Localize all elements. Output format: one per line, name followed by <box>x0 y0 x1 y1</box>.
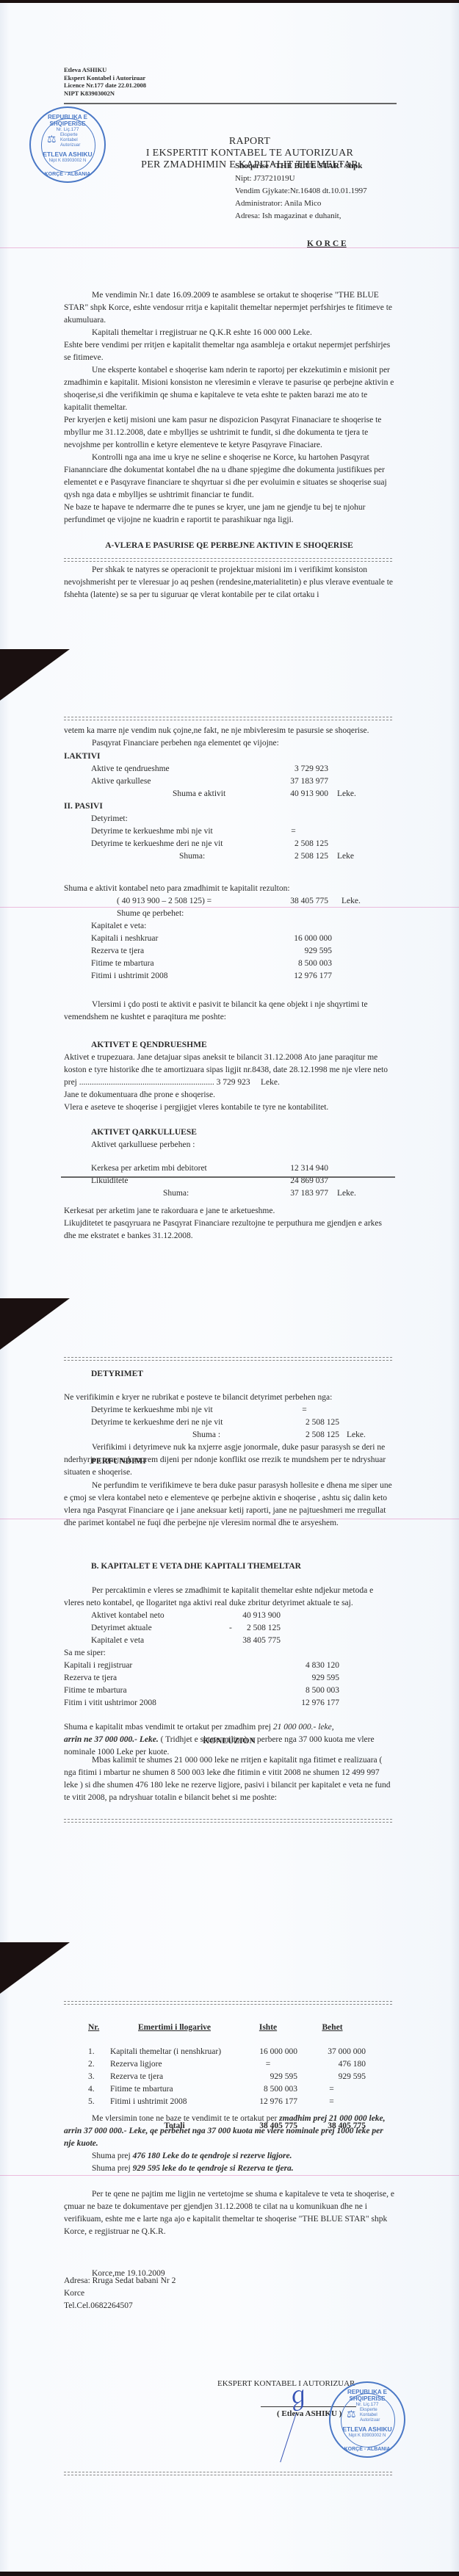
pasivi-total: Shuma: 2 508 125 Leke <box>64 850 394 863</box>
page-top-rule <box>64 2001 392 2005</box>
scales-icon: ⚖ <box>47 133 57 145</box>
konluzion-heading: KONLUZION <box>64 1735 394 1748</box>
aktivi-row: Aktive qarkullese 37 183 977 <box>64 775 394 788</box>
liability-row: Detyrime te kerkueshme deri ne nje vit 2… <box>64 1417 394 1429</box>
company-admin: Administrator: Anila Mico <box>235 198 411 210</box>
table-row: 1.Kapitali themeltar (i nenshkruar)16 00… <box>88 2046 367 2058</box>
page-break-rule <box>64 558 392 562</box>
capital-row: Fitime te mbartura 8 500 003 <box>64 1685 394 1697</box>
table-row: 5.Fitimi i ushtrimit 200812 976 177= <box>88 2096 367 2108</box>
page-bottom-rule <box>64 1819 392 1823</box>
page-2: vetem ka marre nje vendim nuk çojne,ne f… <box>0 649 459 1298</box>
equity-row: Rezerva te tjera 929 595 <box>64 945 394 958</box>
scales-icon: ⚖ <box>347 2408 356 2420</box>
equity-row: Fitimi i ushtrimit 2008 12 976 177 <box>64 970 394 983</box>
company-court: Vendim Gjykate:Nr.16408 dt.10.01.1997 <box>235 185 411 198</box>
table-row: 2.Rezerva ligjore=476 180 <box>88 2058 367 2071</box>
capital-row: Fitim i vitit ushtrimor 2008 12 976 177 <box>64 1697 394 1710</box>
conclusion-heading: PERFUNDIMI <box>64 1455 394 1468</box>
author-header: Etleva ASHIKU Ekspert Kontabel i Autoriz… <box>64 66 394 97</box>
official-stamp: REPUBLIKA E SHQIPERISE Nr. Liç.177 ⚖ Eks… <box>329 2381 405 2458</box>
page-1: Etleva ASHIKU Ekspert Kontabel i Autoriz… <box>0 0 459 649</box>
scan-edge <box>0 0 459 3</box>
author-contact: Adresa: Rruga Sedat babani Nr 2 Korce Te… <box>64 2275 394 2312</box>
page-3: DETYRIMET Ne verifikimin e kryer ne rubr… <box>0 1298 459 1942</box>
section-a-heading: A-VLERA E PASURISE QE PERBEJNE AKTIVIN E… <box>64 540 394 552</box>
net-assets: Shuma e aktivit kontabel neto para zmadh… <box>64 883 394 983</box>
aktivi-heading: I.AKTIVI <box>64 750 394 763</box>
page2-body: vetem ka marre nje vendim nuk çojne,ne f… <box>64 725 394 750</box>
page-4: Nr. Emertimi i llogarive Ishte Behet 1.K… <box>0 1942 459 2576</box>
net-value-row: Detyrimet aktuale - 2 508 125 <box>64 1622 394 1635</box>
author-nipt: NIPT K83903002N <box>64 90 394 98</box>
current-asset-row: Kerkesa per arketim mbi debitoret 12 314… <box>64 1162 394 1175</box>
pasivi-heading: II. PASIVI <box>64 800 394 813</box>
assessment-text: Vlersimi i çdo posti te aktivit e pasivi… <box>64 999 394 1024</box>
signature-stroke <box>280 2413 297 2463</box>
company-address: Adresa: Ish magazinat e duhanit, <box>235 210 411 222</box>
header-rule <box>64 103 397 104</box>
section-b: B. KAPITALET E VETA DHE KAPITALI THEMELT… <box>64 1560 394 1759</box>
fixed-assets-heading: AKTIVET E QENDRUESHME <box>64 1039 394 1052</box>
capital-row: Kapitali i regjistruar 4 830 120 <box>64 1660 394 1672</box>
page1-body: Me vendimin Nr.1 date 16.09.2009 te asam… <box>64 289 394 601</box>
author-licence: Licence Nr.177 date 22.01.2008 <box>64 82 394 90</box>
capital-row: Rezerva te tjera 929 595 <box>64 1672 394 1685</box>
official-stamp: REPUBLIKA E SHQIPERISE Nr. Liç.177 ⚖ Eks… <box>29 106 106 183</box>
company-nipt: Nipt: J73721019U <box>235 173 411 185</box>
page-fold <box>0 1942 70 1994</box>
liability-row: Detyrime te kerkueshme mbi nje vit = <box>64 1404 394 1417</box>
current-asset-total: Shuma: 37 183 977 Leke. <box>64 1187 394 1200</box>
current-assets-section: AKTIVET QARKULLUESE Aktivet qarkulluese … <box>64 1126 394 1242</box>
balance-sheet: I.AKTIVI Aktive te qendrueshme 3 729 923… <box>64 750 394 897</box>
equity-row: Fitime te mbartura 8 500 003 <box>64 958 394 970</box>
page-fold <box>0 649 70 701</box>
net-value-row: Aktivet kontabel neto 40 913 900 <box>64 1610 394 1622</box>
company-name: Shoqerise "THE BLUE STAR" shpk <box>235 160 411 173</box>
author-role: Ekspert Kontabel i Autorizuar <box>64 74 394 82</box>
aktivi-total: Shuma e aktivit 40 913 900 Leke. <box>64 788 394 800</box>
liabilities-heading: DETYRIMET <box>64 1368 394 1381</box>
konluzion-text: Mbas kalimit te shumes 21 000 000 leke n… <box>64 1754 394 1804</box>
page-bottom-rule <box>64 2472 392 2475</box>
author-name: Etleva ASHIKU <box>64 66 394 74</box>
fixed-assets-section: AKTIVET E QENDRUESHME Aktivet e trupezua… <box>64 1039 394 1114</box>
table-row: 3.Rezerva te tjera929 595929 595 <box>88 2071 367 2083</box>
page-bottom-rule <box>61 1176 395 1178</box>
company-block: Shoqerise "THE BLUE STAR" shpk Nipt: J73… <box>235 160 411 222</box>
net-value-row: Kapitalet e veta 38 405 775 <box>64 1635 394 1647</box>
aktivi-row: Aktive te qendrueshme 3 729 923 <box>64 763 394 775</box>
page-fold <box>0 1298 70 1350</box>
current-assets-heading: AKTIVET QARKULLUESE <box>64 1126 394 1139</box>
pasivi-row: Detyrime te kerkueshme mbi nje vit = <box>64 825 394 838</box>
page-top-rule <box>64 1357 392 1361</box>
equity-row: Kapitali i neshkruar 16 000 000 <box>64 933 394 945</box>
company-city: K O R C E <box>307 238 351 250</box>
table-row: 4.Fitime te mbartura8 500 003= <box>88 2083 367 2096</box>
section-b-heading: B. KAPITALET E VETA DHE KAPITALI THEMELT… <box>64 1560 394 1573</box>
valuation-text: Me vlersimin tone ne baze te vendimit te… <box>64 2113 394 2280</box>
liability-total: Shuma : 2 508 125 Leke. <box>64 1429 394 1441</box>
pasivi-row: Detyrime te kerkueshme deri ne nje vit 2… <box>64 838 394 850</box>
page-top-rule <box>64 717 392 720</box>
